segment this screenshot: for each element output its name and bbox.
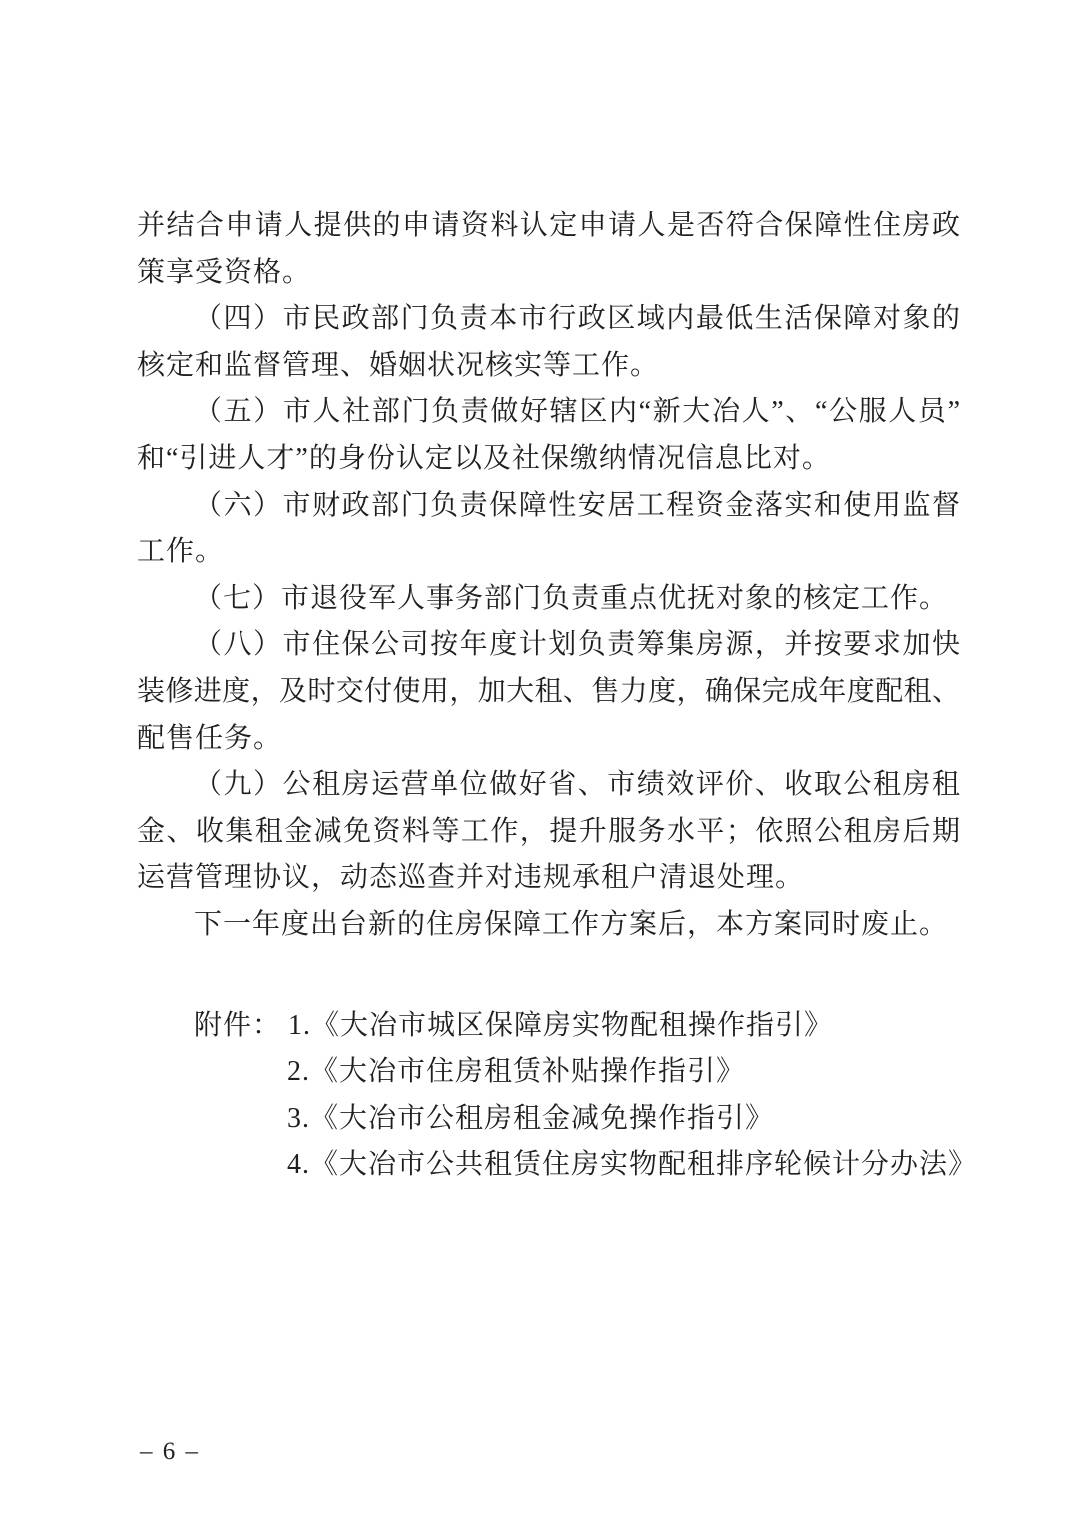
text-line: 金、收集租金减免资料等工作，提升服务水平；依照公租房后期: [137, 809, 960, 856]
text-line: （六）市财政部门负责保障性安居工程资金落实和使用监督: [137, 483, 960, 530]
text-line: 运营管理协议，动态巡查并对违规承租户清退处理。: [137, 855, 960, 902]
attachment-item: 1.《大冶市城区保障房实物配租操作指引》: [288, 1010, 833, 1041]
attachment-item: 3.《大冶市公租房租金减免操作指引》: [137, 1096, 960, 1143]
document-page: 并结合申请人提供的申请资料认定申请人是否符合保障性住房政策享受资格。（四）市民政…: [0, 0, 1074, 1520]
text-line: 下一年度出台新的住房保障工作方案后，本方案同时废止。: [137, 902, 960, 949]
text-line: 并结合申请人提供的申请资料认定申请人是否符合保障性住房政: [137, 203, 960, 250]
attachment-list: 附件：1.《大冶市城区保障房实物配租操作指引》2.《大冶市住房租赁补贴操作指引》…: [137, 1003, 960, 1189]
text-line: （八）市住保公司按年度计划负责筹集房源，并按要求加快: [137, 622, 960, 669]
attachment-line: 附件：1.《大冶市城区保障房实物配租操作指引》: [137, 1003, 960, 1050]
text-line: 配售任务。: [137, 716, 960, 763]
document-body: 并结合申请人提供的申请资料认定申请人是否符合保障性住房政策享受资格。（四）市民政…: [137, 203, 960, 1189]
text-line: 策享受资格。: [137, 250, 960, 297]
body-paragraph-lines: 并结合申请人提供的申请资料认定申请人是否符合保障性住房政策享受资格。（四）市民政…: [137, 203, 960, 949]
attachment-item: 4.《大冶市公共租赁住房实物配租排序轮候计分办法》: [137, 1142, 960, 1189]
text-line: 核定和监督管理、婚姻状况核实等工作。: [137, 343, 960, 390]
text-line: 和“引进人才”的身份认定以及社保缴纳情况信息比对。: [137, 436, 960, 483]
text-line: （九）公租房运营单位做好省、市绩效评价、收取公租房租: [137, 762, 960, 809]
text-line: 工作。: [137, 529, 960, 576]
text-line: 装修进度，及时交付使用，加大租、售力度，确保完成年度配租、: [137, 669, 960, 716]
text-line: （五）市人社部门负责做好辖区内“新大冶人”、“公服人员”: [137, 389, 960, 436]
text-line: （七）市退役军人事务部门负责重点优抚对象的核定工作。: [137, 576, 960, 623]
text-line: （四）市民政部门负责本市行政区域内最低生活保障对象的: [137, 296, 960, 343]
attachments-label: 附件：: [194, 1010, 281, 1041]
page-number: – 6 –: [140, 1438, 200, 1466]
attachment-item: 2.《大冶市住房租赁补贴操作指引》: [137, 1049, 960, 1096]
